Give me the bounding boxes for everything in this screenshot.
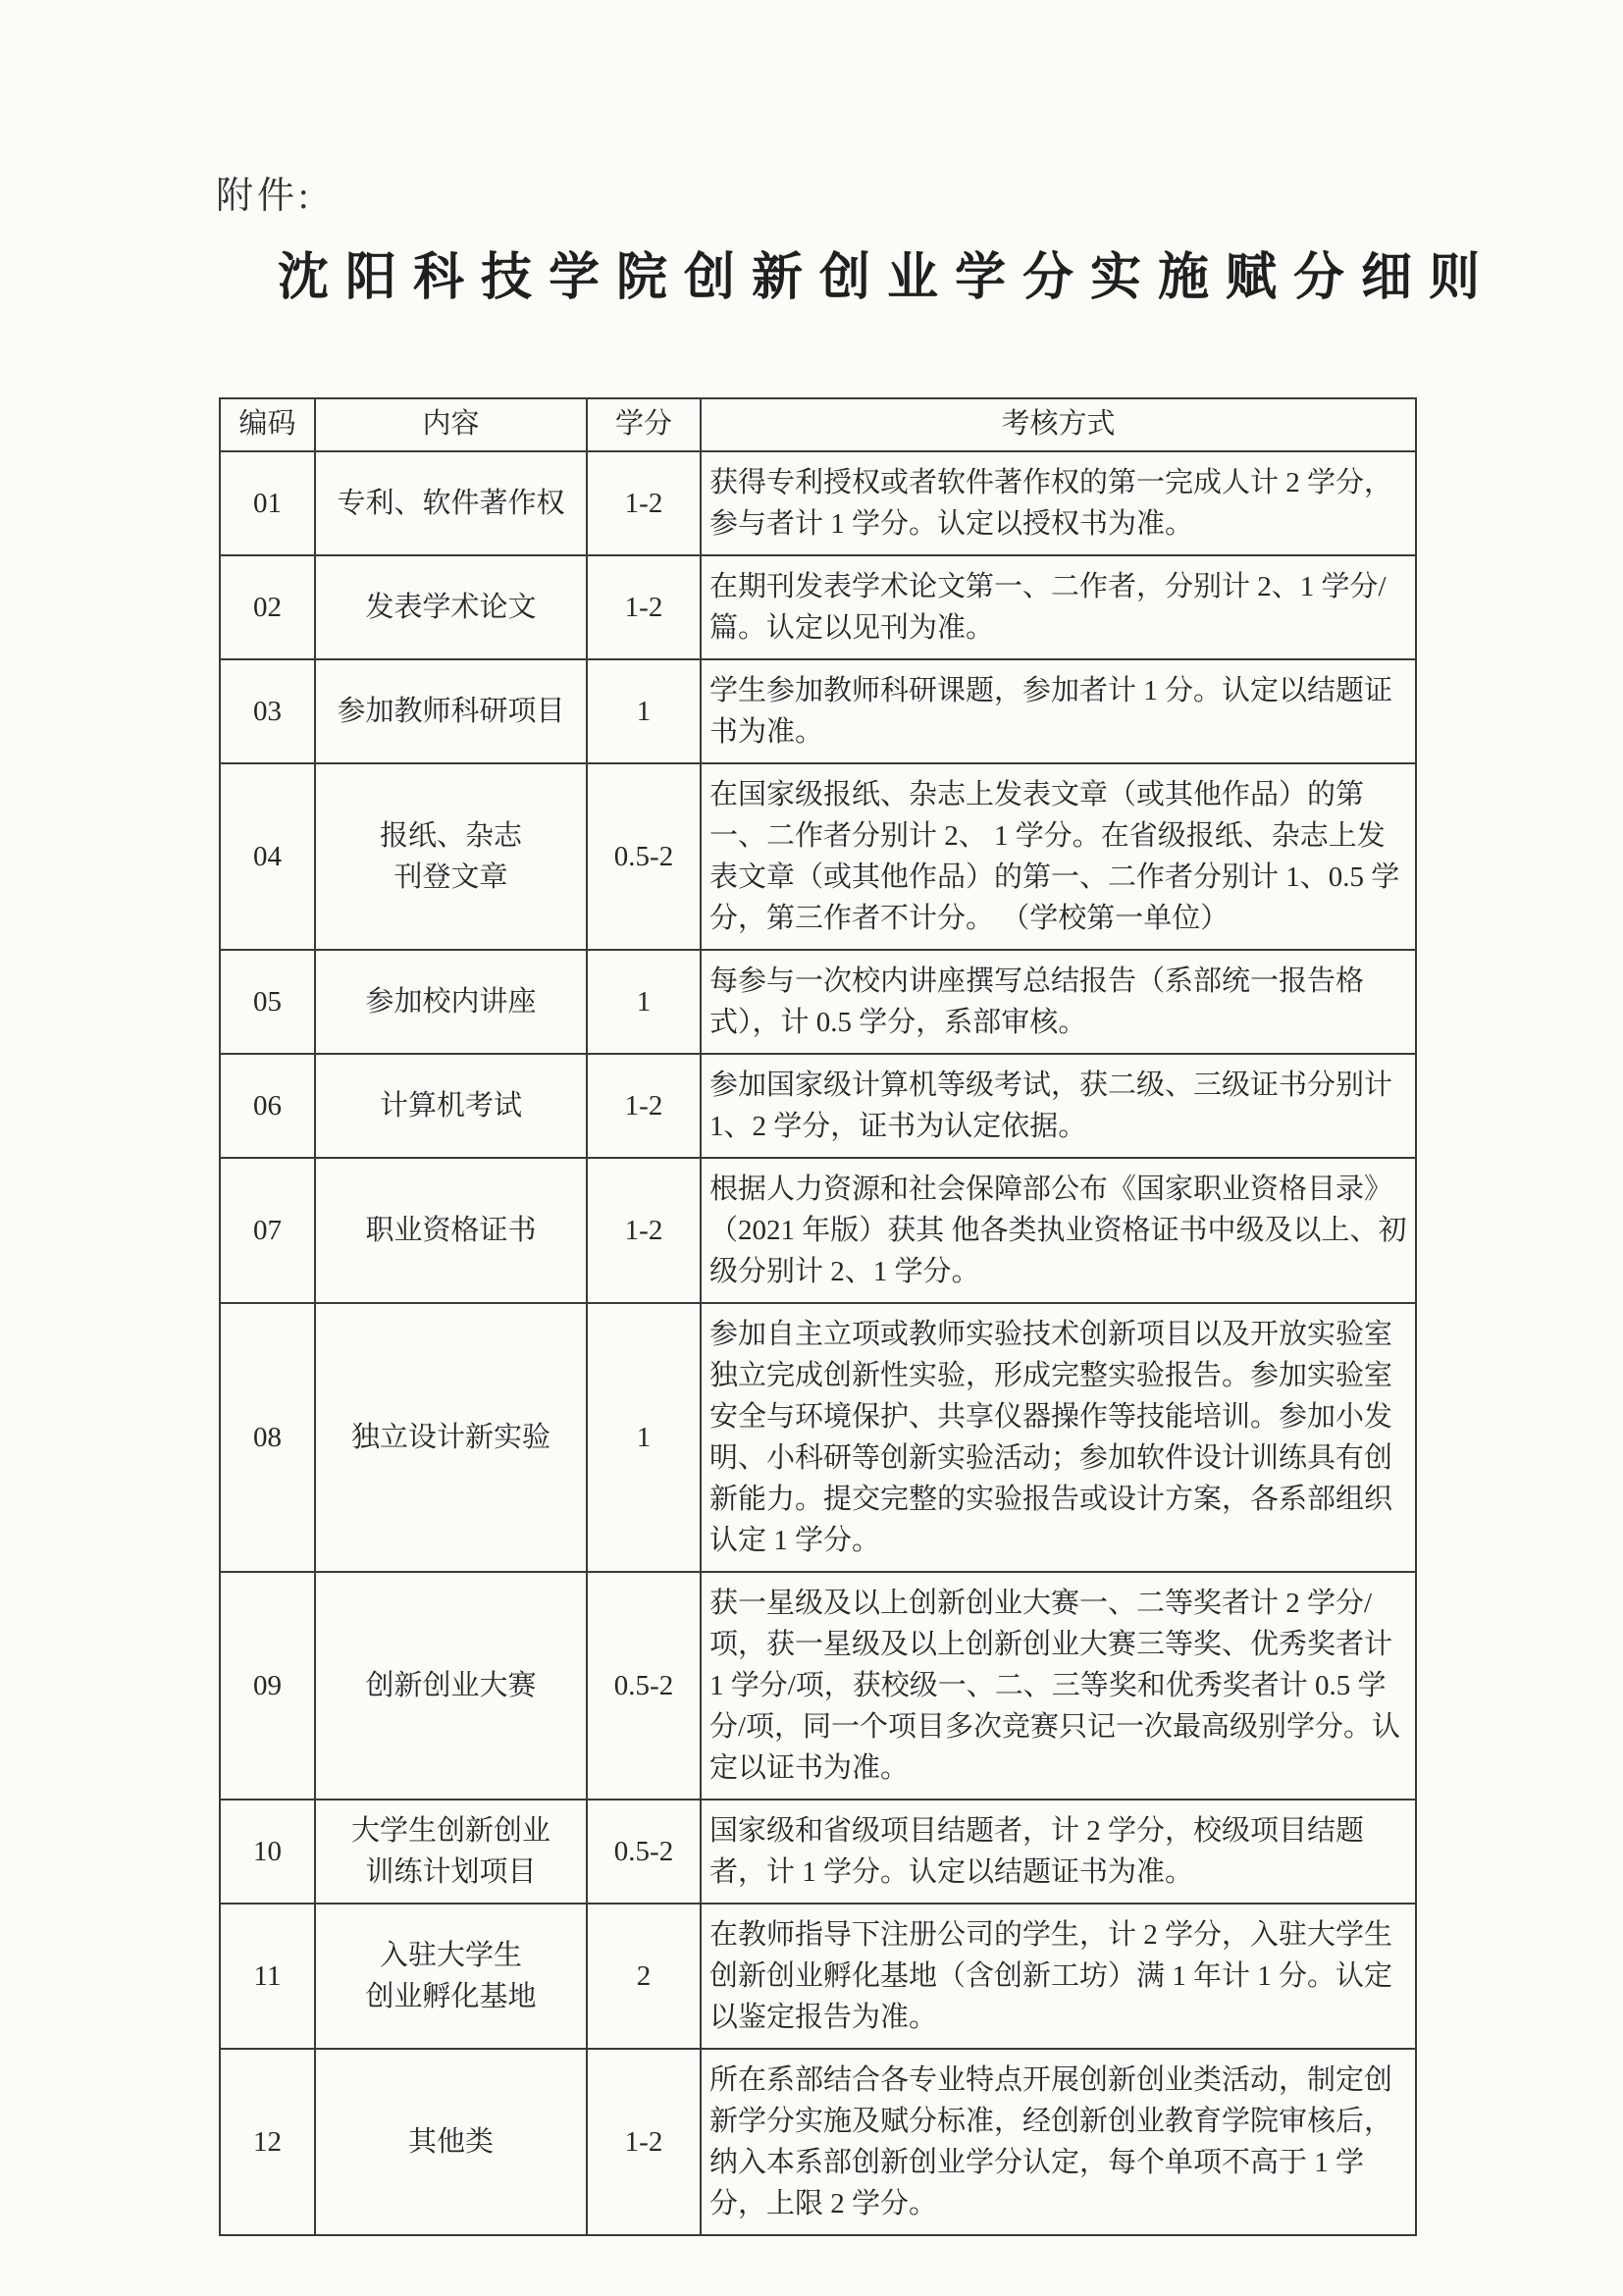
code-cell: 12 — [220, 2049, 315, 2235]
code-cell: 06 — [220, 1054, 315, 1158]
credits-cell: 1 — [587, 1303, 701, 1572]
table-row: 02 发表学术论文 1-2 在期刊发表学术论文第一、二作者，分别计 2、1 学分… — [220, 555, 1416, 659]
content-cell: 参加校内讲座 — [315, 950, 587, 1054]
table-row: 04 报纸、杂志 刊登文章 0.5-2 在国家级报纸、杂志上发表文章（或其他作品… — [220, 763, 1416, 950]
content-cell: 入驻大学生 创业孵化基地 — [315, 1904, 587, 2049]
code-cell: 05 — [220, 950, 315, 1054]
scanned-document-page: 附件: 沈阳科技学院创新创业学分实施赋分细则 编码 内容 学分 考核方式 01 … — [0, 0, 1623, 2296]
col-header-content: 内容 — [315, 398, 587, 451]
method-cell: 获得专利授权或者软件著作权的第一完成人计 2 学分，参与者计 1 学分。认定以授… — [701, 451, 1416, 555]
content-cell: 报纸、杂志 刊登文章 — [315, 763, 587, 950]
table-row: 09 创新创业大赛 0.5-2 获一星级及以上创新创业大赛一、二等奖者计 2 学… — [220, 1572, 1416, 1800]
credits-cell: 1 — [587, 659, 701, 763]
table-row: 12 其他类 1-2 所在系部结合各专业特点开展创新创业类活动，制定创新学分实施… — [220, 2049, 1416, 2235]
method-cell: 学生参加教师科研课题，参加者计 1 分。认定以结题证书为准。 — [701, 659, 1416, 763]
method-cell: 在期刊发表学术论文第一、二作者，分别计 2、1 学分/篇。认定以见刊为准。 — [701, 555, 1416, 659]
code-cell: 08 — [220, 1303, 315, 1572]
content-cell: 大学生创新创业 训练计划项目 — [315, 1800, 587, 1904]
table-row: 10 大学生创新创业 训练计划项目 0.5-2 国家级和省级项目结题者，计 2 … — [220, 1800, 1416, 1904]
code-cell: 11 — [220, 1904, 315, 2049]
code-cell: 04 — [220, 763, 315, 950]
content-cell: 发表学术论文 — [315, 555, 587, 659]
method-cell: 国家级和省级项目结题者，计 2 学分，校级项目结题者，计 1 学分。认定以结题证… — [701, 1800, 1416, 1904]
credits-cell: 0.5-2 — [587, 1800, 701, 1904]
code-cell: 03 — [220, 659, 315, 763]
col-header-code: 编码 — [220, 398, 315, 451]
method-cell: 在国家级报纸、杂志上发表文章（或其他作品）的第一、二作者分别计 2、 1 学分。… — [701, 763, 1416, 950]
credits-cell: 1 — [587, 950, 701, 1054]
content-cell: 独立设计新实验 — [315, 1303, 587, 1572]
content-cell: 职业资格证书 — [315, 1158, 587, 1303]
table-row: 05 参加校内讲座 1 每参与一次校内讲座撰写总结报告（系部统一报告格式），计 … — [220, 950, 1416, 1054]
col-header-method: 考核方式 — [701, 398, 1416, 451]
content-cell: 其他类 — [315, 2049, 587, 2235]
credits-cell: 1-2 — [587, 2049, 701, 2235]
table-row: 07 职业资格证书 1-2 根据人力资源和社会保障部公布《国家职业资格目录》（2… — [220, 1158, 1416, 1303]
code-cell: 07 — [220, 1158, 315, 1303]
credit-rules-table: 编码 内容 学分 考核方式 01 专利、软件著作权 1-2 获得专利授权或者软件… — [219, 397, 1417, 2236]
code-cell: 02 — [220, 555, 315, 659]
content-cell: 专利、软件著作权 — [315, 451, 587, 555]
method-cell: 每参与一次校内讲座撰写总结报告（系部统一报告格式），计 0.5 学分，系部审核。 — [701, 950, 1416, 1054]
content-cell: 计算机考试 — [315, 1054, 587, 1158]
table-header-row: 编码 内容 学分 考核方式 — [220, 398, 1416, 451]
content-cell: 参加教师科研项目 — [315, 659, 587, 763]
method-cell: 在教师指导下注册公司的学生，计 2 学分，入驻大学生创新创业孵化基地（含创新工坊… — [701, 1904, 1416, 2049]
method-cell: 根据人力资源和社会保障部公布《国家职业资格目录》（2021 年版）获其 他各类执… — [701, 1158, 1416, 1303]
code-cell: 01 — [220, 451, 315, 555]
method-cell: 参加自主立项或教师实验技术创新项目以及开放实验室独立完成创新性实验，形成完整实验… — [701, 1303, 1416, 1572]
table-row: 03 参加教师科研项目 1 学生参加教师科研课题，参加者计 1 分。认定以结题证… — [220, 659, 1416, 763]
credits-cell: 1-2 — [587, 1054, 701, 1158]
table-row: 06 计算机考试 1-2 参加国家级计算机等级考试，获二级、三级证书分别计 1、… — [220, 1054, 1416, 1158]
document-title: 沈阳科技学院创新创业学分实施赋分细则 — [278, 235, 1496, 309]
table-row: 08 独立设计新实验 1 参加自主立项或教师实验技术创新项目以及开放实验室独立完… — [220, 1303, 1416, 1572]
code-cell: 09 — [220, 1572, 315, 1800]
method-cell: 获一星级及以上创新创业大赛一、二等奖者计 2 学分/项，获一星级及以上创新创业大… — [701, 1572, 1416, 1800]
credits-cell: 1-2 — [587, 451, 701, 555]
method-cell: 所在系部结合各专业特点开展创新创业类活动，制定创新学分实施及赋分标准，经创新创业… — [701, 2049, 1416, 2235]
attachment-label: 附件: — [216, 165, 313, 219]
method-cell: 参加国家级计算机等级考试，获二级、三级证书分别计 1、2 学分，证书为认定依据。 — [701, 1054, 1416, 1158]
code-cell: 10 — [220, 1800, 315, 1904]
credits-cell: 0.5-2 — [587, 763, 701, 950]
col-header-credits: 学分 — [587, 398, 701, 451]
content-cell: 创新创业大赛 — [315, 1572, 587, 1800]
credits-cell: 1-2 — [587, 555, 701, 659]
credits-cell: 2 — [587, 1904, 701, 2049]
credits-cell: 1-2 — [587, 1158, 701, 1303]
table-row: 01 专利、软件著作权 1-2 获得专利授权或者软件著作权的第一完成人计 2 学… — [220, 451, 1416, 555]
table-row: 11 入驻大学生 创业孵化基地 2 在教师指导下注册公司的学生，计 2 学分，入… — [220, 1904, 1416, 2049]
credits-cell: 0.5-2 — [587, 1572, 701, 1800]
